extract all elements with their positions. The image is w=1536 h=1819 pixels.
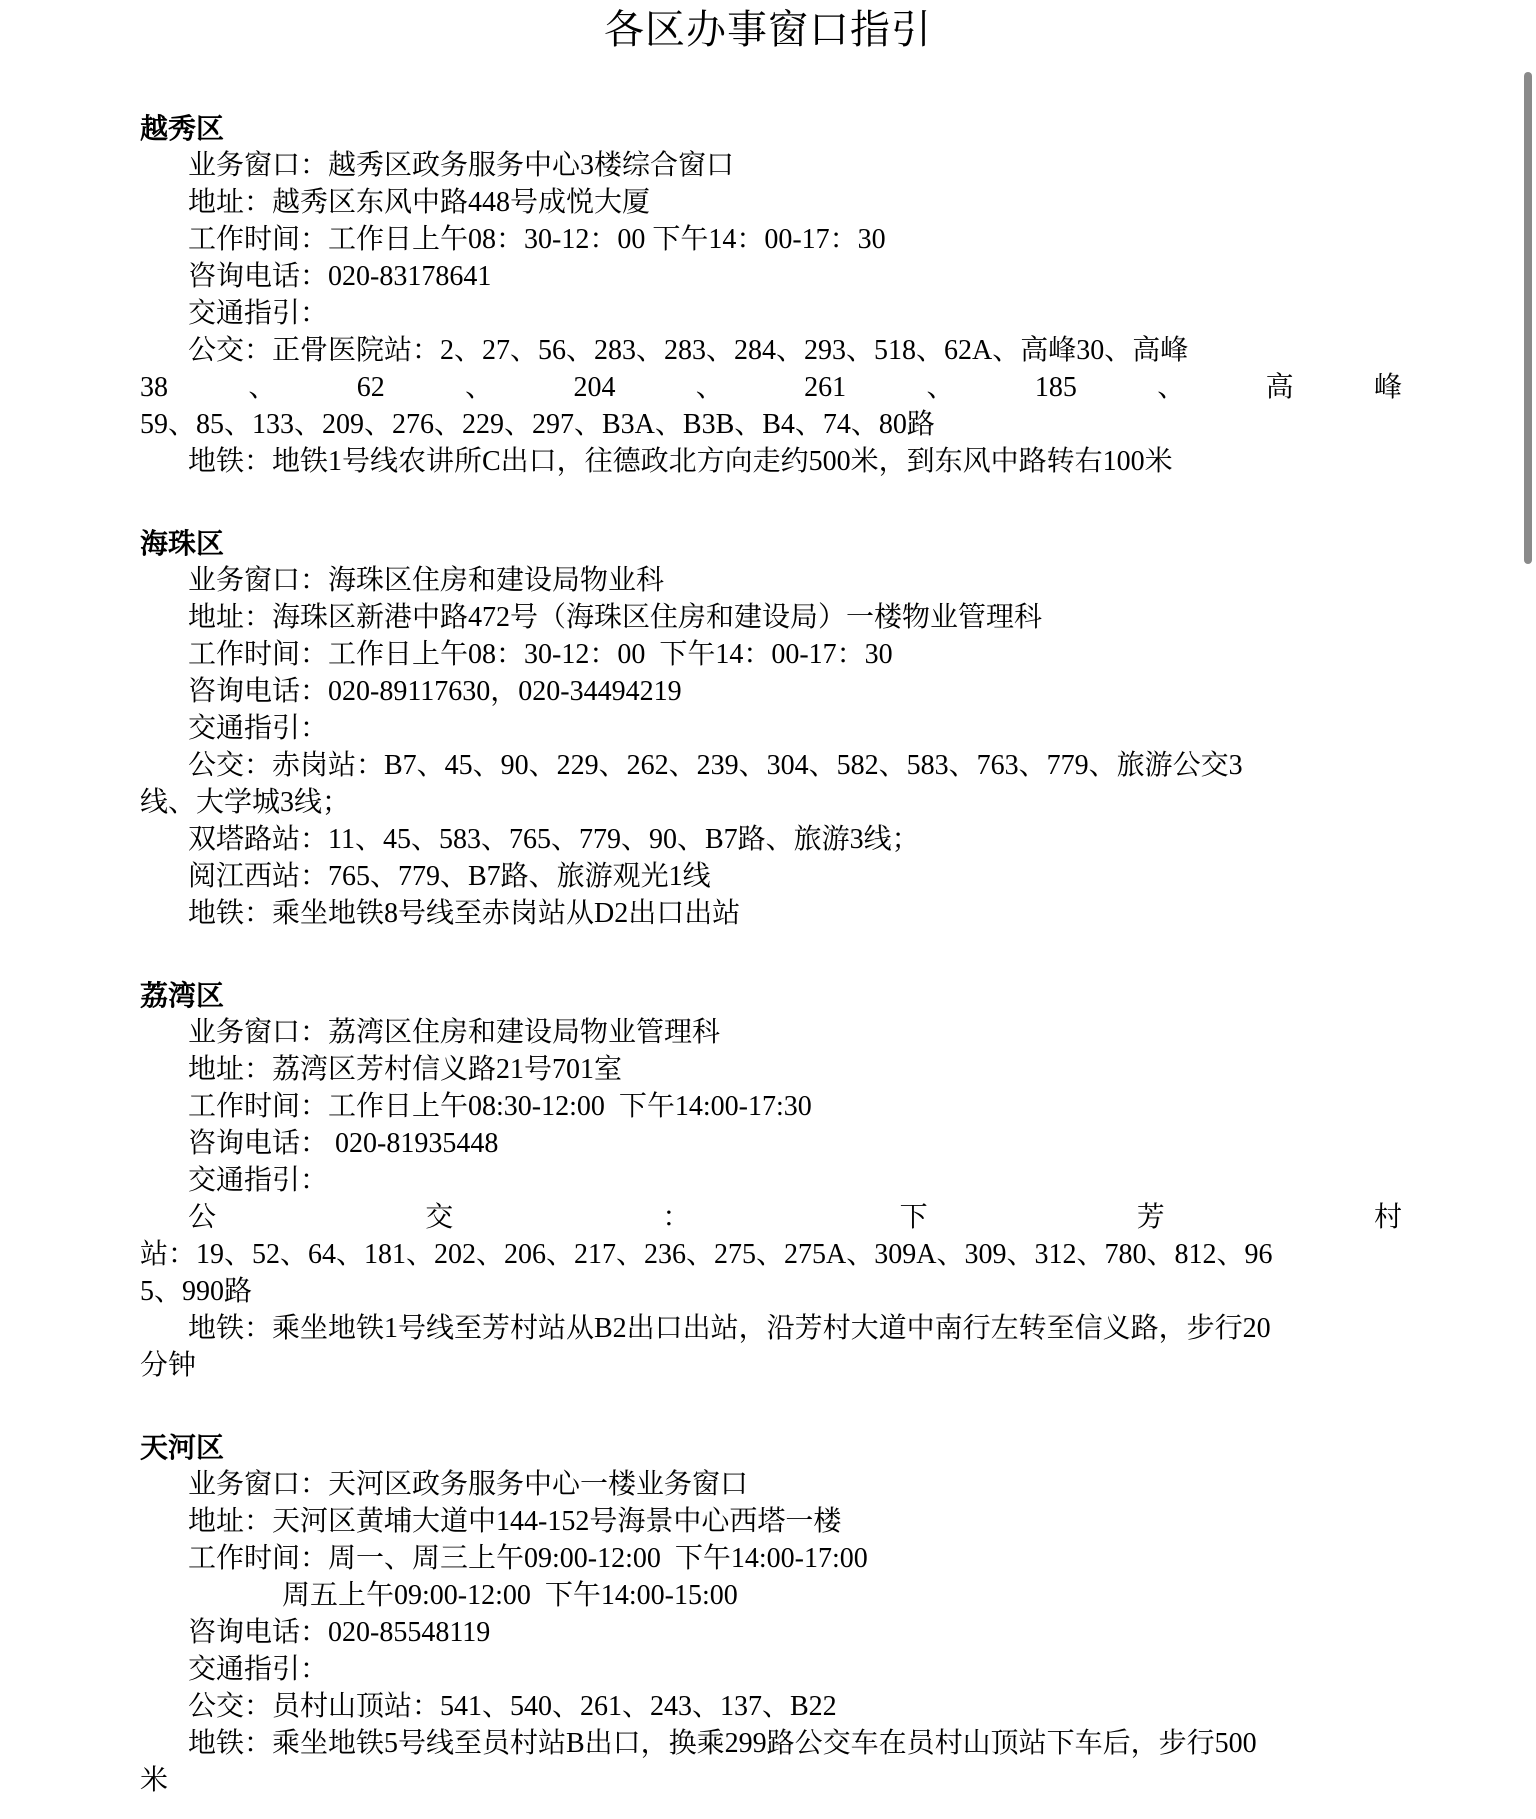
- phone-line: 咨询电话：020-83178641: [140, 258, 1402, 295]
- transit-guide-line: 交通指引：: [140, 295, 1402, 332]
- bus-line-cont: 59、85、133、209、276、229、297、B3A、B3B、B4、74、…: [140, 406, 1402, 443]
- hours-line: 工作时间：工作日上午08：30-12：00 下午14：00-17：30: [140, 636, 1402, 673]
- bus-line-cont: 站：19、52、64、181、202、206、217、236、275、275A、…: [140, 1236, 1402, 1273]
- district-section-tianhe: 天河区 业务窗口：天河区政务服务中心一楼业务窗口 地址：天河区黄埔大道中144-…: [140, 1429, 1402, 1799]
- business-window-line: 业务窗口：天河区政务服务中心一楼业务窗口: [140, 1466, 1402, 1503]
- phone-line: 咨询电话：020-85548119: [140, 1614, 1402, 1651]
- district-section-liwan: 荔湾区 业务窗口：荔湾区住房和建设局物业管理科 地址：荔湾区芳村信义路21号70…: [140, 977, 1402, 1384]
- bus-line: 公交：正骨医院站：2、27、56、283、283、284、293、518、62A…: [140, 332, 1402, 369]
- district-section-yuexiu: 越秀区 业务窗口：越秀区政务服务中心3楼综合窗口 地址：越秀区东风中路448号成…: [140, 110, 1402, 480]
- metro-line-cont: 分钟: [140, 1347, 1402, 1384]
- business-window-line: 业务窗口：荔湾区住房和建设局物业管理科: [140, 1014, 1402, 1051]
- bus-line-cont: 5、990路: [140, 1273, 1402, 1310]
- hours-line-cont: 周五上午09:00-12:00 下午14:00-15:00: [140, 1577, 1402, 1614]
- address-line: 地址：荔湾区芳村信义路21号701室: [140, 1051, 1402, 1088]
- district-name: 海珠区: [140, 525, 1402, 562]
- scrollbar-thumb[interactable]: [1524, 72, 1532, 564]
- bus-stop-line: 双塔路站：11、45、583、765、779、90、B7路、旅游3线；: [140, 821, 1402, 858]
- hours-line: 工作时间：工作日上午08：30-12：00 下午14：00-17：30: [140, 221, 1402, 258]
- business-window-line: 业务窗口：海珠区住房和建设局物业科: [140, 562, 1402, 599]
- hours-line: 工作时间：工作日上午08:30-12:00 下午14:00-17:30: [140, 1088, 1402, 1125]
- business-window-line: 业务窗口：越秀区政务服务中心3楼综合窗口: [140, 147, 1402, 184]
- bus-line: 公交：员村山顶站：541、540、261、243、137、B22: [140, 1688, 1402, 1725]
- district-name: 越秀区: [140, 110, 1402, 147]
- district-section-haizhu: 海珠区 业务窗口：海珠区住房和建设局物业科 地址：海珠区新港中路472号（海珠区…: [140, 525, 1402, 932]
- metro-line: 地铁：乘坐地铁1号线至芳村站从B2出口出站，沿芳村大道中南行左转至信义路，步行2…: [140, 1310, 1402, 1347]
- metro-line: 地铁：乘坐地铁5号线至员村站B出口，换乘299路公交车在员村山顶站下车后，步行5…: [140, 1725, 1402, 1762]
- district-name: 荔湾区: [140, 977, 1402, 1014]
- bus-line: 公交：下芳村: [140, 1199, 1402, 1236]
- metro-line-cont: 米: [140, 1762, 1402, 1799]
- hours-line: 工作时间：周一、周三上午09:00-12:00 下午14:00-17:00: [140, 1540, 1402, 1577]
- metro-line: 地铁：乘坐地铁8号线至赤岗站从D2出口出站: [140, 895, 1402, 932]
- bus-stop-line: 阅江西站：765、779、B7路、旅游观光1线: [140, 858, 1402, 895]
- bus-line-cont: 线、大学城3线；: [140, 784, 1402, 821]
- district-name: 天河区: [140, 1429, 1402, 1466]
- transit-guide-line: 交通指引：: [140, 710, 1402, 747]
- phone-line: 咨询电话： 020-81935448: [140, 1125, 1402, 1162]
- address-line: 地址：天河区黄埔大道中144-152号海景中心西塔一楼: [140, 1503, 1402, 1540]
- address-line: 地址：越秀区东风中路448号成悦大厦: [140, 184, 1402, 221]
- address-line: 地址：海珠区新港中路472号（海珠区住房和建设局）一楼物业管理科: [140, 599, 1402, 636]
- transit-guide-line: 交通指引：: [140, 1651, 1402, 1688]
- phone-line: 咨询电话：020-89117630，020-34494219: [140, 673, 1402, 710]
- document-content: 越秀区 业务窗口：越秀区政务服务中心3楼综合窗口 地址：越秀区东风中路448号成…: [140, 110, 1402, 1799]
- document-page: 各区办事窗口指引 越秀区 业务窗口：越秀区政务服务中心3楼综合窗口 地址：越秀区…: [0, 0, 1536, 1799]
- page-title: 各区办事窗口指引: [0, 0, 1536, 54]
- metro-line: 地铁：地铁1号线农讲所C出口，往德政北方向走约500米，到东风中路转右100米: [140, 443, 1402, 480]
- bus-line-cont: 38、62、204、261、185、高峰: [140, 369, 1402, 406]
- transit-guide-line: 交通指引：: [140, 1162, 1402, 1199]
- bus-line: 公交：赤岗站：B7、45、90、229、262、239、304、582、583、…: [140, 747, 1402, 784]
